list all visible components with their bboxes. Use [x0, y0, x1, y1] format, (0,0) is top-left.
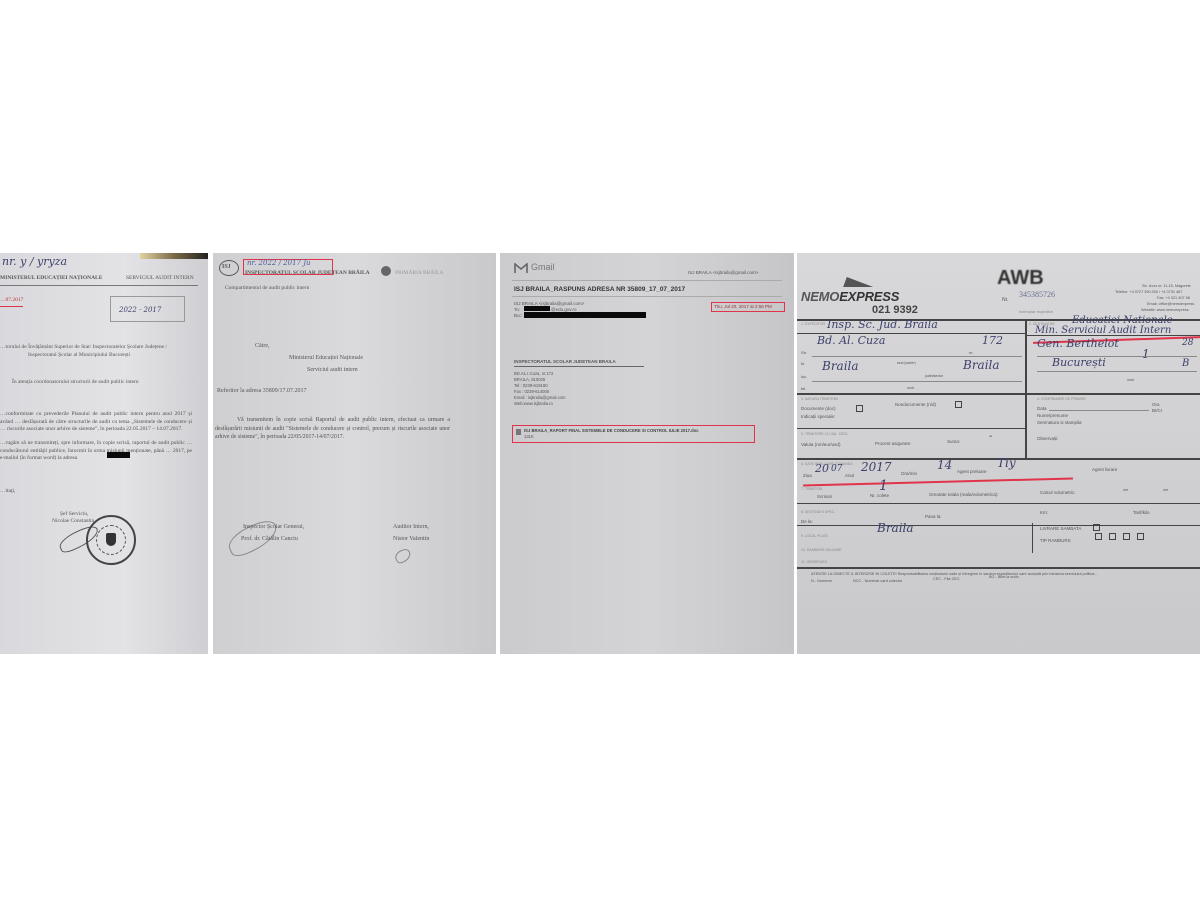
- parcels-section-label: 7. TRIMITERI: [801, 486, 822, 493]
- observations-label: 11. OBSERVATII: [801, 559, 827, 566]
- email-subject: ISJ BRAILA_RASPUNS ADRESA NR 35809_17_07…: [514, 286, 685, 293]
- brand-light: NEMO: [801, 289, 839, 304]
- pickup-month: 07: [831, 466, 842, 473]
- dept-header: SERVICIUL AUDIT INTERN: [126, 275, 194, 282]
- document-panel-awb-form: NEMOEXPRESS 021 9392 AWB Nr. 345385726 e…: [797, 253, 1200, 654]
- weight-label: Greutate totala (reala/volumetrica):: [929, 491, 999, 498]
- delivery-agent-label: Agent livrare: [1092, 466, 1117, 473]
- document-panel-gmail-printout: Gmail ISJ BRAILA <isjbraila@gmail.com> I…: [500, 253, 794, 654]
- recipient-sect: 1: [1142, 351, 1150, 358]
- parcel-count: 1: [879, 483, 888, 490]
- sender-number-label: nr.: [969, 349, 973, 356]
- body-paragraph-2: …rugăm să ne transmiteți, spre informare…: [0, 440, 192, 463]
- sender-county: Braila: [963, 362, 1000, 369]
- redacted-bcc: [524, 312, 646, 318]
- closing: …itaţi,: [0, 488, 15, 495]
- sender-loc-label: loc.: [801, 373, 807, 380]
- special-instructions-label: Indicații speciale:: [801, 413, 835, 420]
- date-ref: …07.2017: [0, 297, 23, 304]
- sender-locality: Braila: [822, 363, 859, 370]
- volume-label: Calcul volumetric:: [1040, 489, 1076, 496]
- subject-rule: [512, 296, 782, 297]
- shipment-nature-label: 3. NATURA TRIMITERII: [801, 396, 838, 403]
- header-rule: [0, 285, 198, 286]
- isj-logo-icon: ISJ: [219, 260, 239, 276]
- to-label: Pana la:: [925, 513, 942, 520]
- awb-number-caption: exemplar expeditor: [1019, 308, 1053, 315]
- recipient-name: Educatiei Nationale: [1072, 317, 1173, 324]
- recipient-county: B: [1182, 360, 1189, 367]
- sender-mob-label: mob.: [907, 385, 915, 392]
- insurance-value: -: [989, 433, 992, 440]
- salutation: Către,: [255, 343, 270, 350]
- attention-line: În atenția coordonatorului structurii de…: [12, 379, 139, 386]
- sender-tel-label: tel.: [801, 385, 806, 392]
- form-column-divider: [1032, 523, 1033, 553]
- field-line: [812, 381, 1022, 382]
- sender-county-label: județ/sector: [925, 373, 943, 380]
- sender-street-label: Str.: [801, 349, 807, 356]
- awb-number-label: Nr.: [1002, 297, 1008, 304]
- signature-rule: [514, 366, 644, 367]
- cod-option-cec-checkbox[interactable]: [1123, 533, 1130, 540]
- recipient-locality: București: [1052, 359, 1106, 366]
- insurance-percent-label: Procent asigurare: [875, 440, 911, 447]
- sender-section-label: 1. EXPEDITOR: [801, 321, 825, 328]
- pickup-agent-label: Agent preluare: [957, 468, 987, 475]
- company-info-line: Website: www.nemoexpress: [1141, 307, 1189, 314]
- signer-1-title: Inspector Școlar General,: [243, 524, 304, 531]
- insurance-value-label: Suma:: [947, 438, 960, 445]
- field-line: [1037, 371, 1197, 372]
- form-rule: [797, 393, 1200, 395]
- official-seal: [86, 515, 136, 565]
- saturday-delivery-checkbox[interactable]: [1093, 524, 1100, 531]
- document-panel-isj-letter: ISJ nr. 2022 / 2017 Ju INSPECTORATUL ȘCO…: [213, 253, 496, 654]
- recipient-name-line-2: Min. Serviciul Audit Intern: [1035, 327, 1171, 334]
- awb-number: 345385726: [1019, 291, 1055, 298]
- cod-value-label: 10. RAMBURS VALOARE: [801, 547, 842, 554]
- pickup-hour: 14: [937, 462, 952, 469]
- coat-of-arms-icon: [106, 533, 116, 546]
- cod-option-n-checkbox[interactable]: [1095, 533, 1102, 540]
- body-paragraph: Vă transmitem în copie scrisă Raportul d…: [215, 416, 450, 442]
- documents-checkbox[interactable]: [856, 405, 863, 412]
- field-line: [1049, 410, 1149, 411]
- confirmation-observations-label: Observații:: [1037, 435, 1059, 442]
- confirmation-section-label: 4. CONFIRMARE DE PRIMIRE: [1037, 396, 1086, 403]
- cod-option-ncc-checkbox[interactable]: [1109, 533, 1116, 540]
- signer-1-name: Prof. dr. Cătălin Canciu: [241, 536, 298, 543]
- confirmation-signature-label: Semnatura si stampila: [1037, 419, 1082, 426]
- field-line: [1037, 356, 1197, 357]
- documents-label: Documente (doc): [801, 405, 836, 412]
- recipient-1: Ministerul Educației Naționale: [289, 355, 363, 362]
- pickup-agent: Tiy: [997, 460, 1016, 467]
- signature-line: Web:www.isjbraila.ro: [514, 400, 553, 407]
- footer-legend-item: BO - Bilet la ordin: [989, 574, 1019, 581]
- nemo-wing-logo-icon: [843, 277, 877, 287]
- confirmation-id-label: BI/CI: [1152, 407, 1162, 414]
- recipient-line-2: Inspectoratul Școlar al Municipiului Buc…: [28, 352, 130, 359]
- pickup-day-label: Ziua: [803, 472, 812, 479]
- footer-legend-item: CEC - Fila CEC: [933, 576, 960, 583]
- insurance-section-label: 5. TRIMITERE CU VAL. DECL.: [801, 431, 849, 438]
- form-rule: [797, 567, 1200, 569]
- non-documents-label: Nondocumente (n/d): [895, 401, 936, 408]
- redacted-recipient: [524, 306, 550, 311]
- volume-cm-label: cm: [1123, 486, 1128, 493]
- form-rule: [797, 525, 1200, 526]
- signer-2-title: Auditor Intern,: [393, 524, 429, 531]
- reference-line: Referitor la adresa 35809/17.07.2017: [217, 388, 306, 395]
- signature-name: Nicolae Constantin: [52, 518, 94, 525]
- brand-logo: NEMOEXPRESS: [801, 289, 899, 304]
- from-label: De la:: [801, 518, 813, 525]
- emblem-icon: [381, 266, 391, 276]
- letters-label: Scrisori: [817, 493, 832, 500]
- signature-org: INSPECTORATUL SCOLAR JUDETEAN BRAILA: [514, 358, 616, 365]
- destinations-section-label: 8. DESTINATII SPEC.: [801, 509, 835, 516]
- account-email: ISJ BRAILA <isjbraila@gmail.com>: [688, 269, 758, 276]
- org-header: MINISTERUL EDUCAȚIEI NAȚIONALE: [0, 275, 102, 282]
- document-panel-ministry-letter: nr. y / yryza MINISTERUL EDUCAȚIEI NAȚIO…: [0, 253, 208, 654]
- redacted-email: [107, 452, 130, 458]
- insurance-currency-label: Valuta (ron/eur/usd): [801, 441, 840, 448]
- sender-sect-label: sect.(carter): [897, 360, 916, 367]
- email-date: Thu, Jul 20, 2017 at 2:56 PM: [714, 303, 772, 310]
- pickup-year-label: Anul: [845, 472, 854, 479]
- confirmation-date-label: Data: [1037, 405, 1047, 412]
- form-rule: [797, 428, 1025, 429]
- recipient-mob-label: mob.: [1127, 377, 1135, 384]
- gmail-logo-icon: [514, 263, 528, 273]
- gmail-app-name: Gmail: [531, 264, 555, 271]
- recipient-number: 28: [1182, 340, 1193, 347]
- attachment-size: 131K: [524, 433, 534, 440]
- pickup-highlight-underline: [803, 477, 1073, 486]
- attachment-name[interactable]: ISJ BRAILA_RAPORT FINAL SISTEMELE DE CON…: [524, 427, 699, 434]
- non-documents-checkbox[interactable]: [955, 401, 962, 408]
- recipient-line-1: …torului de Învățământ Superior de Stat/…: [0, 344, 167, 351]
- km-label: Km:: [1040, 509, 1048, 516]
- volume-cm-label: cm: [1163, 486, 1168, 493]
- pickup-day: 20: [815, 465, 829, 472]
- cod-option-bo-checkbox[interactable]: [1137, 533, 1144, 540]
- form-column-divider: [1025, 319, 1027, 459]
- signature-title: Șef Serviciu,: [60, 511, 88, 518]
- form-rule: [797, 503, 1200, 504]
- registration-stamp: 2022 · 2017: [110, 296, 185, 322]
- local-payment-label: 9. LOCAL PLATA: [801, 533, 828, 540]
- footer-legend-item: NCC - Numerar card colector: [853, 578, 902, 585]
- header-rule: [512, 280, 782, 281]
- email-bcc-label: Bcc:: [514, 312, 523, 319]
- recipient-street: Gen. Berthelot: [1037, 340, 1119, 347]
- sender-bl-label: bl.: [801, 360, 805, 367]
- sender-number: 172: [982, 337, 1003, 344]
- handwritten-header: nr. y / yryza: [2, 258, 67, 265]
- org-header: INSPECTORATUL ȘCOLAR JUDEȚEAN BRĂILA: [245, 270, 370, 277]
- awb-title: AWB: [997, 267, 1044, 290]
- recipient-2: Serviciul audit intern: [307, 367, 358, 374]
- cod-type-label: TIP RAMBURS: [1040, 537, 1071, 544]
- date-underline: [0, 306, 23, 307]
- department: Compartimentul de audit public intern: [225, 285, 309, 292]
- registration-stamp: nr. 2022 / 2017 Ju: [247, 260, 311, 267]
- pickup-year: 2017: [861, 464, 892, 471]
- signer-2-name: Nistor Valentin: [393, 536, 429, 543]
- faded-header-text: PRIMĂRIA BRĂILA: [395, 270, 443, 277]
- signature-scribble-2: [393, 547, 413, 565]
- confirmation-name-label: Nume/prenume: [1037, 412, 1068, 419]
- saturday-delivery-label: LIVRARE SAMBATA: [1040, 525, 1081, 532]
- field-line: [812, 356, 1022, 357]
- footer-legend-item: N - Numerar: [811, 578, 832, 585]
- sender-name: Insp. Sc. Jud. Braila: [827, 321, 938, 328]
- tariff-label: Tarif/kilo: [1133, 509, 1150, 516]
- brand-phone: 021 9392: [872, 304, 918, 316]
- body-paragraph-1: …conformitate cu prevederile Planului de…: [0, 411, 192, 434]
- attachment-icon: [516, 429, 521, 435]
- brand-bold: EXPRESS: [839, 289, 899, 304]
- local-payment-value: Braila: [877, 525, 914, 532]
- sender-street: Bd. Al. Cuza: [817, 337, 885, 344]
- pickup-hour-label: Ora/min: [901, 470, 917, 477]
